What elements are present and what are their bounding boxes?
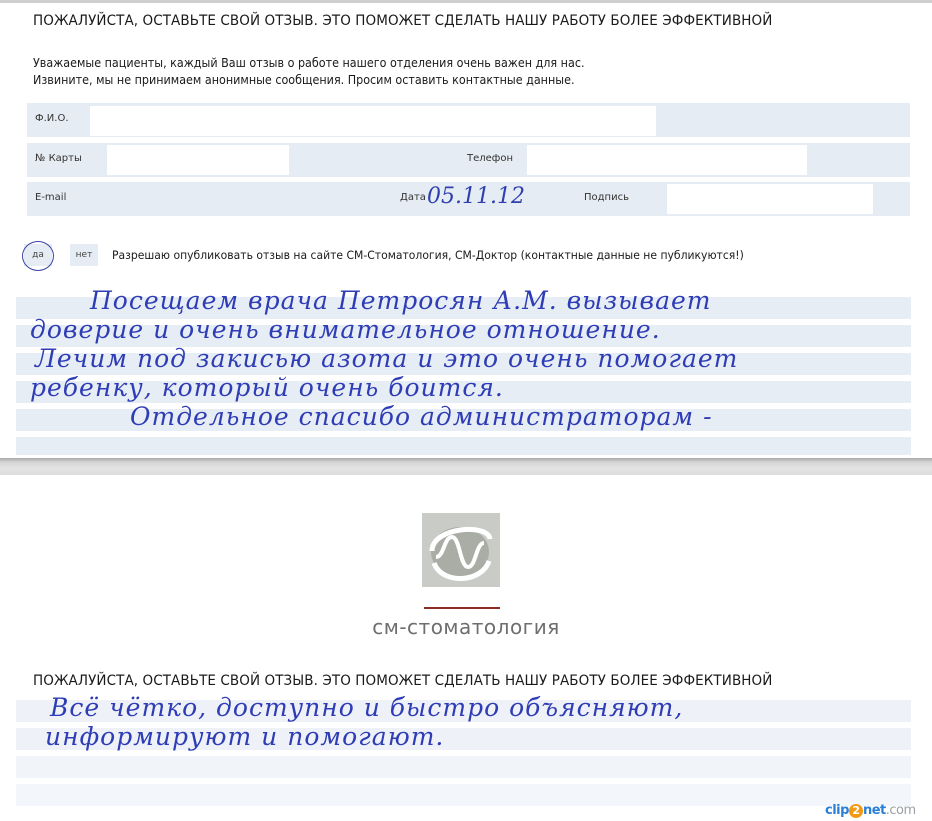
watermark-digit: 2 xyxy=(849,804,863,818)
clip2net-watermark: clip2net.com xyxy=(825,803,916,818)
consent-text: Разрешаю опубликовать отзыв на сайте СМ-… xyxy=(112,248,744,262)
fio-field-redacted[interactable] xyxy=(90,106,656,136)
logo-accent-line xyxy=(424,607,500,609)
date-label: Дата xyxy=(400,192,426,203)
review-line-1: Посещаем врача Петросян А.М. вызывает xyxy=(90,286,711,315)
feedback-form-page-1: ПОЖАЛУЙСТА, ОСТАВЬТЕ СВОЙ ОТЗЫВ. ЭТО ПОМ… xyxy=(0,3,932,458)
date-value: 05.11.12 xyxy=(427,184,525,209)
review2-line-1: Всё чётко, доступно и быстро объясняют, xyxy=(50,693,683,722)
fio-label: Ф.И.О. xyxy=(35,113,69,124)
signature-label: Подпись xyxy=(584,192,629,203)
watermark-suffix: net xyxy=(863,803,886,818)
card-phone-row: № Карты Телефон xyxy=(27,143,910,177)
form-intro: Уважаемые пациенты, каждый Ваш отзыв о р… xyxy=(33,55,585,89)
consent-no-label: нет xyxy=(76,250,93,260)
sm-wave-logo-icon xyxy=(422,513,500,587)
feedback-form-page-2: см-стоматология ПОЖАЛУЙСТА, ОСТАВЬТЕ СВО… xyxy=(0,475,932,821)
page-separator xyxy=(0,458,932,475)
review-line-5: Отдельное спасибо администраторам - xyxy=(130,402,713,431)
signature-field-redacted[interactable] xyxy=(667,184,873,214)
watermark-prefix: clip xyxy=(825,803,849,818)
consent-yes-option[interactable]: да xyxy=(24,244,52,266)
review2-line-2: информируют и помогают. xyxy=(45,722,444,751)
email-label: E-mail xyxy=(35,192,66,203)
watermark-domain: .com xyxy=(886,803,916,818)
consent-no-option[interactable]: нет xyxy=(70,244,98,266)
intro-line-1: Уважаемые пациенты, каждый Ваш отзыв о р… xyxy=(33,55,585,72)
card-label: № Карты xyxy=(35,153,82,164)
phone-field-redacted[interactable] xyxy=(527,145,807,175)
form-title: ПОЖАЛУЙСТА, ОСТАВЬТЕ СВОЙ ОТЗЫВ. ЭТО ПОМ… xyxy=(33,13,772,29)
fio-row: Ф.И.О. xyxy=(27,103,910,137)
email-date-signature-row: E-mail Дата 05.11.12 Подпись xyxy=(27,182,910,216)
review-line-3: Лечим под закисью азота и это очень помо… xyxy=(35,344,738,373)
card-field-redacted[interactable] xyxy=(107,145,289,175)
brand-name: см-стоматология xyxy=(0,615,932,639)
form-title-2: ПОЖАЛУЙСТА, ОСТАВЬТЕ СВОЙ ОТЗЫВ. ЭТО ПОМ… xyxy=(33,673,772,689)
review-line-4: ребенку, который очень боится. xyxy=(30,373,504,402)
intro-line-2: Извините, мы не принимаем анонимные сооб… xyxy=(33,72,585,89)
phone-label: Телефон xyxy=(467,153,513,164)
review-line-2: доверие и очень внимательное отношение. xyxy=(30,315,661,344)
selected-circle-mark xyxy=(22,241,54,271)
